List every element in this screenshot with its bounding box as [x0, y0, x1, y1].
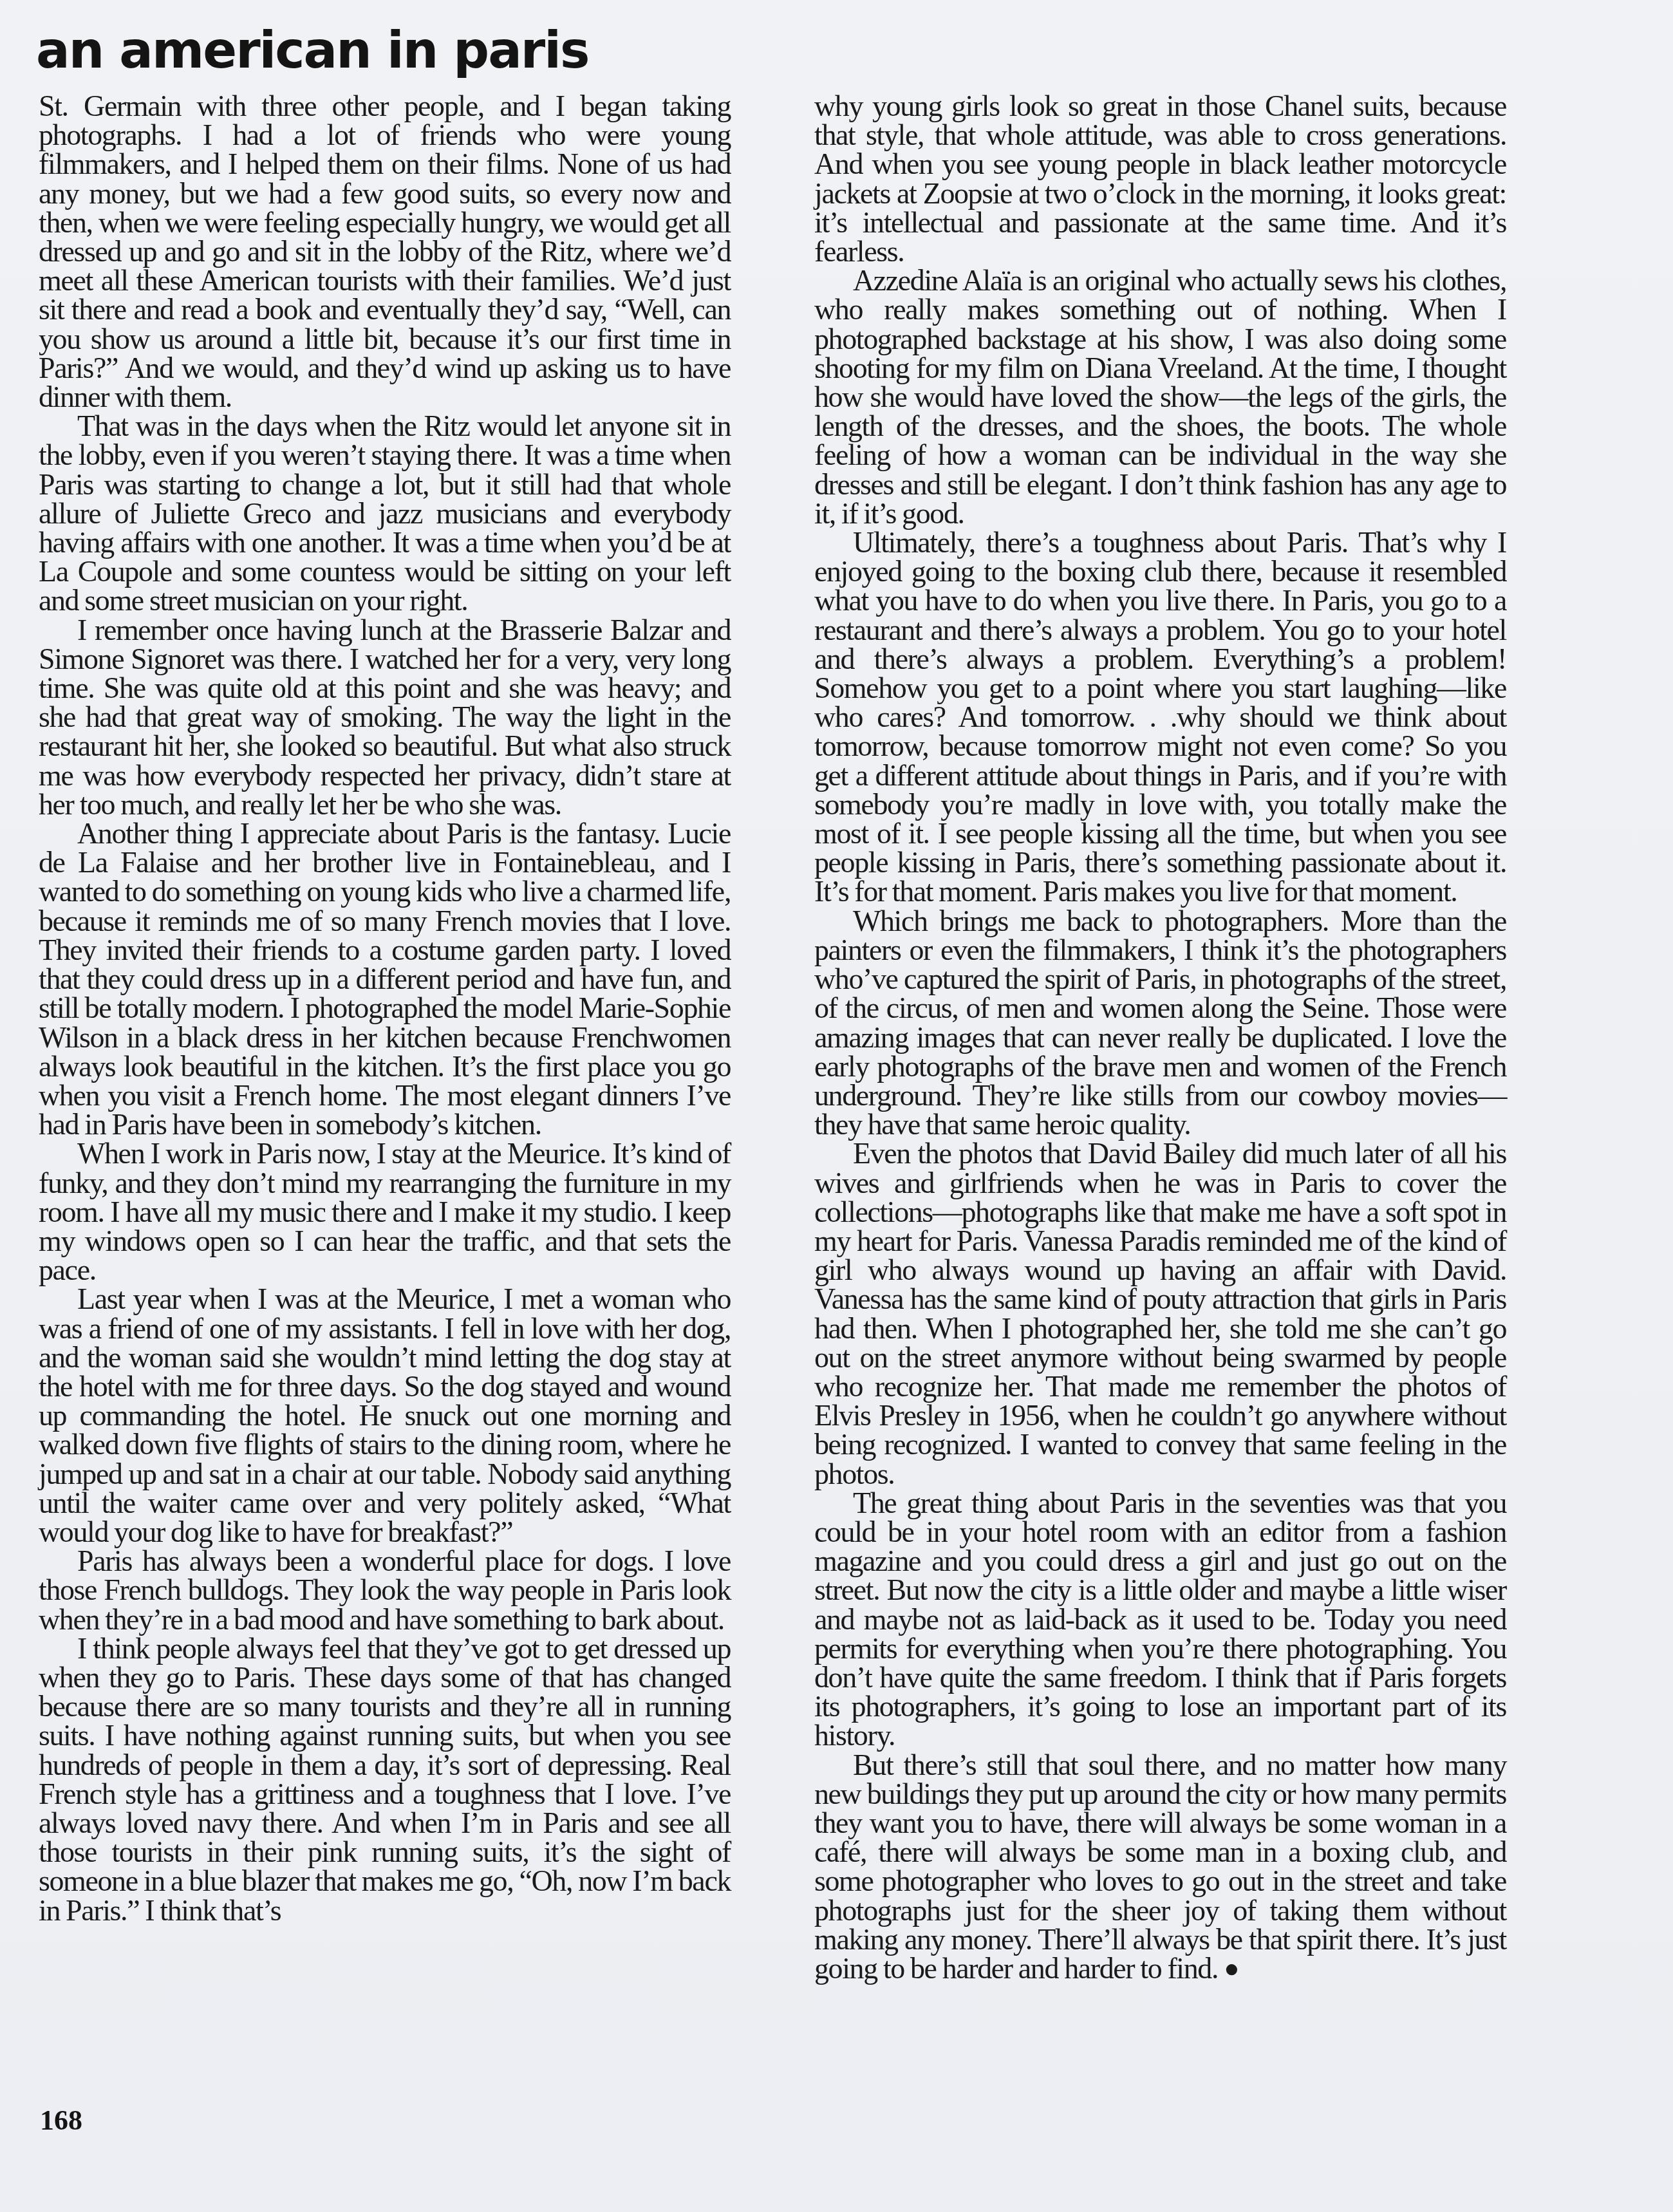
paragraph: When I work in Paris now, I stay at the … — [39, 1139, 731, 1284]
paragraph: why young girls look so great in those C… — [814, 91, 1506, 266]
magazine-page: an american in paris St. Germain with th… — [0, 0, 1673, 2212]
paragraph: Which brings me back to photographers. M… — [814, 906, 1506, 1139]
paragraph: The great thing about Paris in the seven… — [814, 1488, 1506, 1750]
right-column: why young girls look so great in those C… — [814, 91, 1506, 1983]
paragraph: Paris has always been a wonderful place … — [39, 1546, 731, 1634]
article-title: an american in paris — [36, 26, 588, 76]
paragraph: Last year when I was at the Meurice, I m… — [39, 1284, 731, 1546]
paragraph: That was in the days when the Ritz would… — [39, 411, 731, 615]
paragraph: Even the photos that David Bailey did mu… — [814, 1139, 1506, 1488]
paragraph: I think people always feel that they’ve … — [39, 1634, 731, 1925]
left-column: St. Germain with three other people, and… — [39, 91, 731, 1925]
end-mark-icon: ● — [1224, 1954, 1238, 1983]
paragraph: Another thing I appreciate about Paris i… — [39, 819, 731, 1139]
paragraph: I remember once having lunch at the Bras… — [39, 615, 731, 819]
closing-paragraph: But there’s still that soul there, and n… — [814, 1750, 1506, 1983]
paragraph-text: But there’s still that soul there, and n… — [814, 1748, 1506, 1985]
paragraph: Azzedine Alaïa is an original who actual… — [814, 266, 1506, 528]
page-number: 168 — [40, 2104, 82, 2137]
paragraph: Ultimately, there’s a toughness about Pa… — [814, 528, 1506, 906]
paragraph: St. Germain with three other people, and… — [39, 91, 731, 411]
